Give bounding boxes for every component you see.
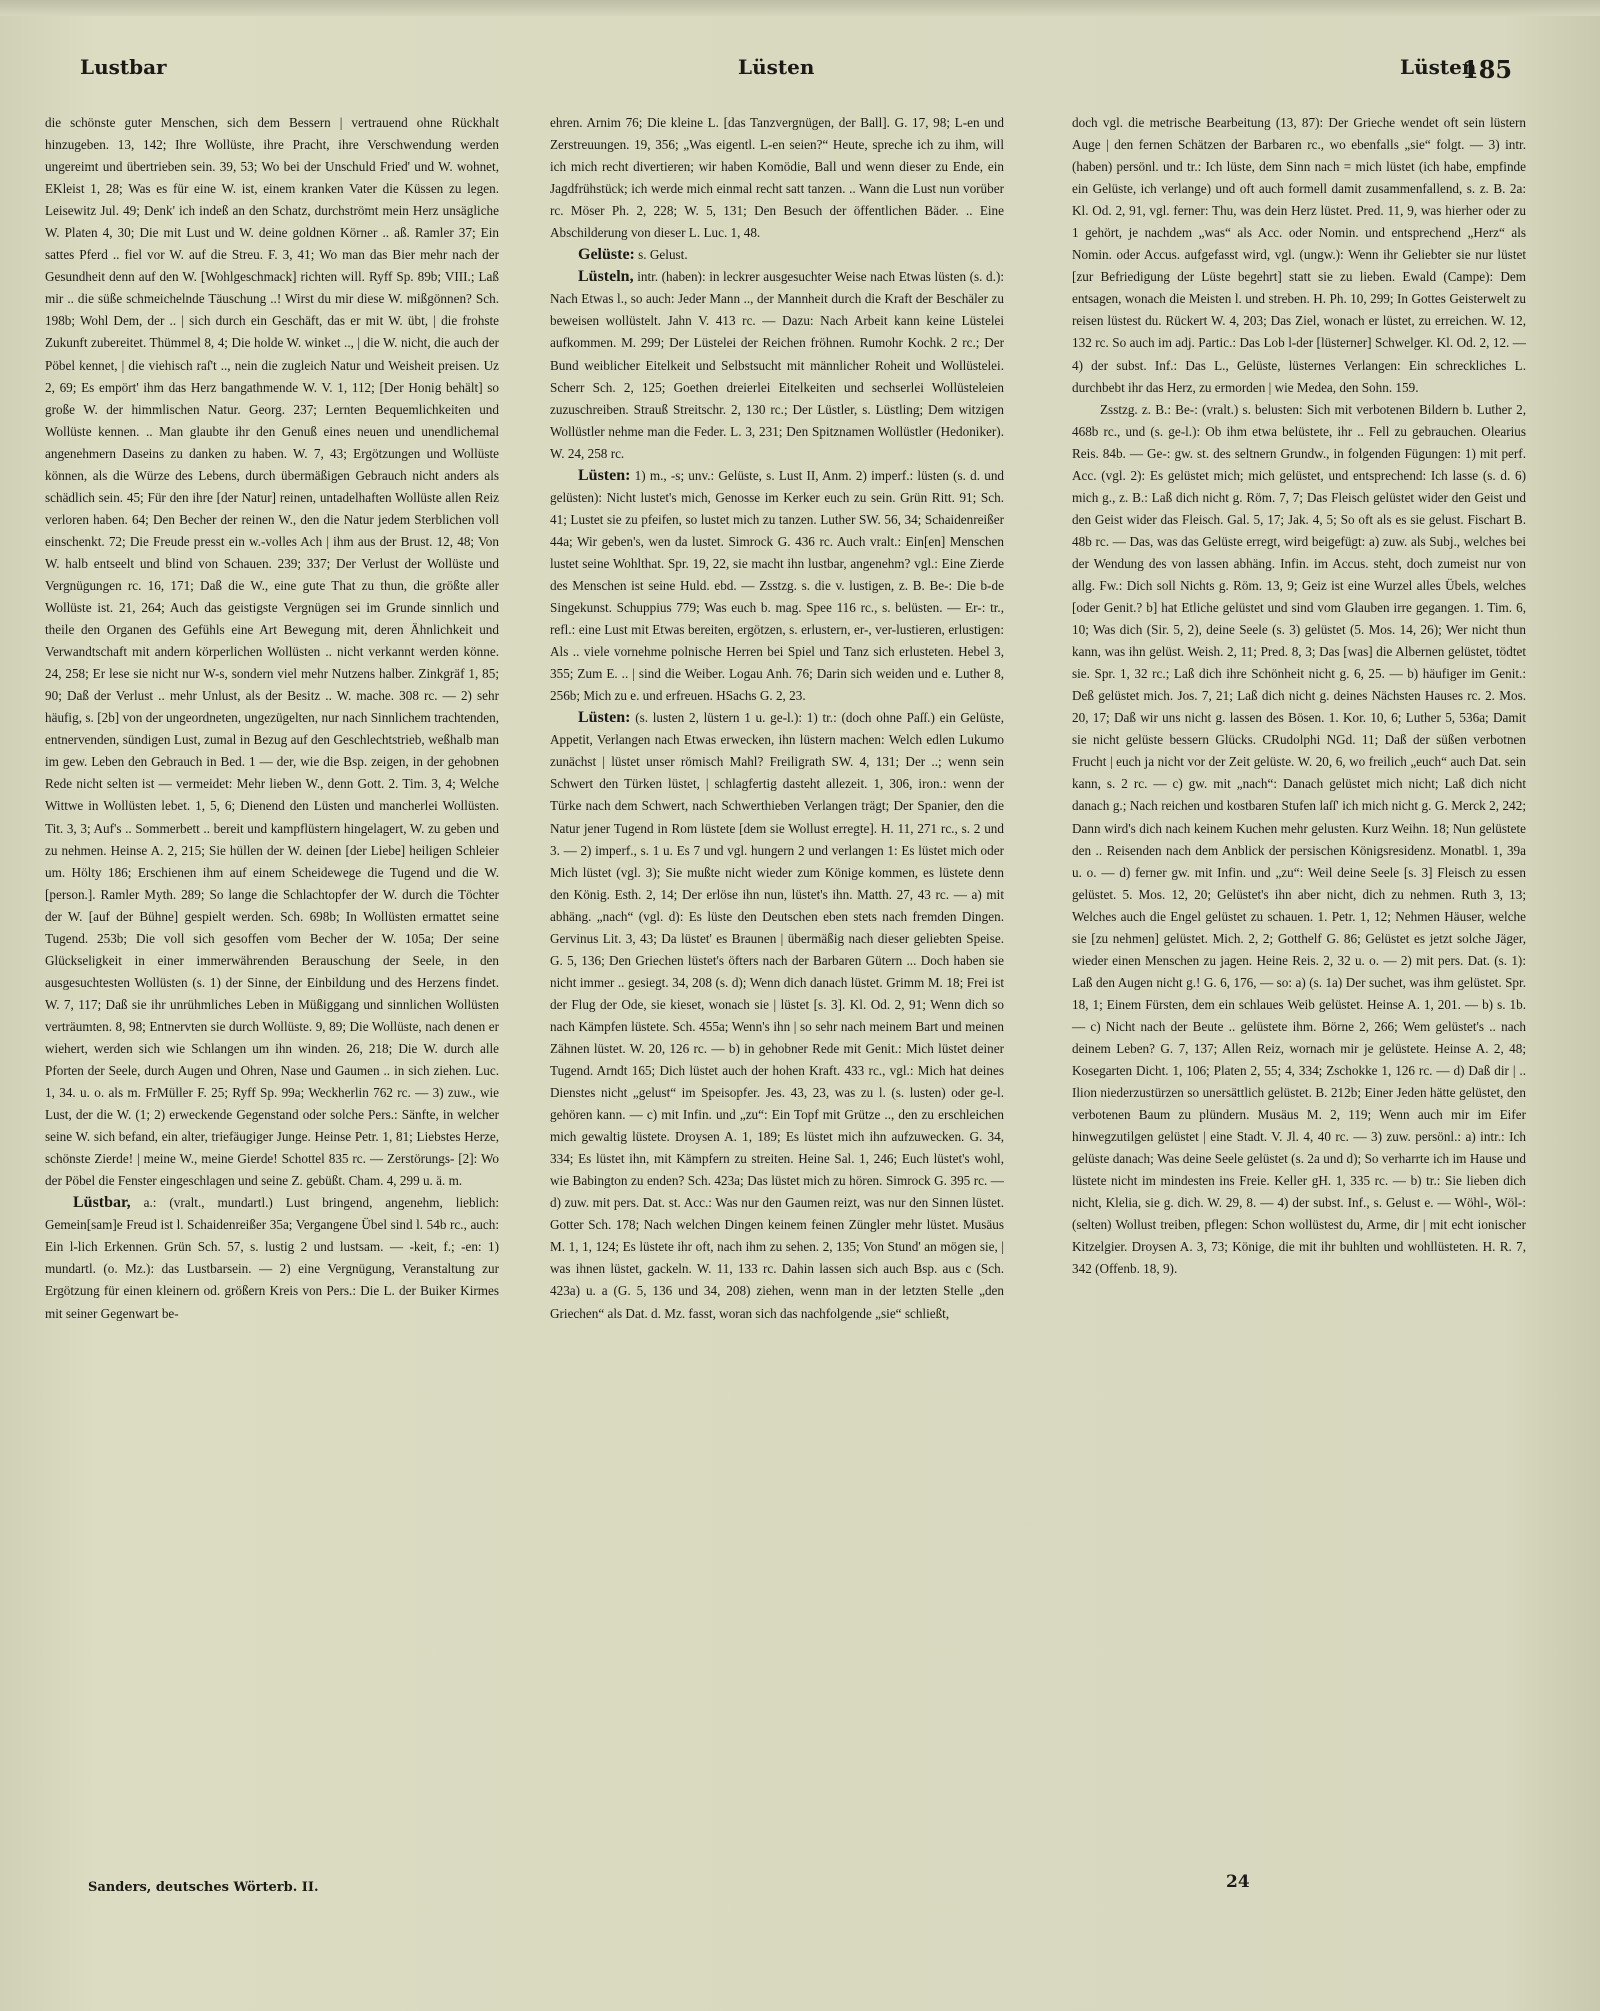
running-head: Lustbar Lüsten Lüsten 185	[0, 55, 1600, 85]
entry-continuation: doch vgl. die metrische Bearbeitung (13,…	[1072, 112, 1526, 399]
left-catchword: Lustbar	[80, 55, 167, 79]
entry-lemma: Lüsten:	[578, 467, 630, 484]
dictionary-entry: Gelüste: s. Gelust.	[550, 244, 1004, 266]
entry-lemma: Lüstbar,	[73, 1194, 131, 1211]
compounds-section: Zsstzg. z. B.: Be-: (vralt.) s. belusten…	[1072, 399, 1526, 1281]
center-catchword: Lüsten	[738, 55, 814, 79]
dictionary-entry: Lüstbar, a.: (vralt., mundartl.) Lust br…	[45, 1192, 499, 1324]
compounds-body: Zsstzg. z. B.: Be-: (vralt.) s. belusten…	[1072, 402, 1526, 1277]
page-number: 185	[1462, 55, 1512, 84]
entry-body: (s. lusten 2, lüstern 1 u. ge-l.): 1) tr…	[550, 710, 1004, 1320]
entry-lemma: Gelüste:	[578, 246, 635, 263]
entry-body: a.: (vralt., mundartl.) Lust bringend, a…	[45, 1195, 499, 1320]
entry-body: s. Gelust.	[638, 247, 687, 262]
entry-continuation: die schönste guter Menschen, sich dem Be…	[45, 112, 499, 1192]
column-left: die schönste guter Menschen, sich dem Be…	[45, 112, 499, 1325]
column-center: ehren. Arnim 76; Die kleine L. [das Tanz…	[550, 112, 1004, 1325]
entry-body: intr. (haben): in leckrer ausgesuchter W…	[550, 269, 1004, 460]
entry-lemma: Lüsten:	[578, 709, 630, 726]
page-edge-shading	[0, 0, 1600, 16]
entry-body: 1) m., -s; unv.: Gelüste, s. Lust II, An…	[550, 468, 1004, 703]
dictionary-entry: Lüsten: 1) m., -s; unv.: Gelüste, s. Lus…	[550, 465, 1004, 708]
entry-lemma: Lüsteln,	[578, 268, 634, 285]
entry-continuation: ehren. Arnim 76; Die kleine L. [das Tanz…	[550, 112, 1004, 244]
printer-signature: Sanders, deutsches Wörterb. II.	[88, 1880, 318, 1895]
sheet-number: 24	[1226, 1872, 1250, 1892]
dictionary-entry: Lüsteln, intr. (haben): in leckrer ausge…	[550, 266, 1004, 464]
dictionary-entry: Lüsten: (s. lusten 2, lüstern 1 u. ge-l.…	[550, 707, 1004, 1324]
column-right: doch vgl. die metrische Bearbeitung (13,…	[1072, 112, 1526, 1280]
